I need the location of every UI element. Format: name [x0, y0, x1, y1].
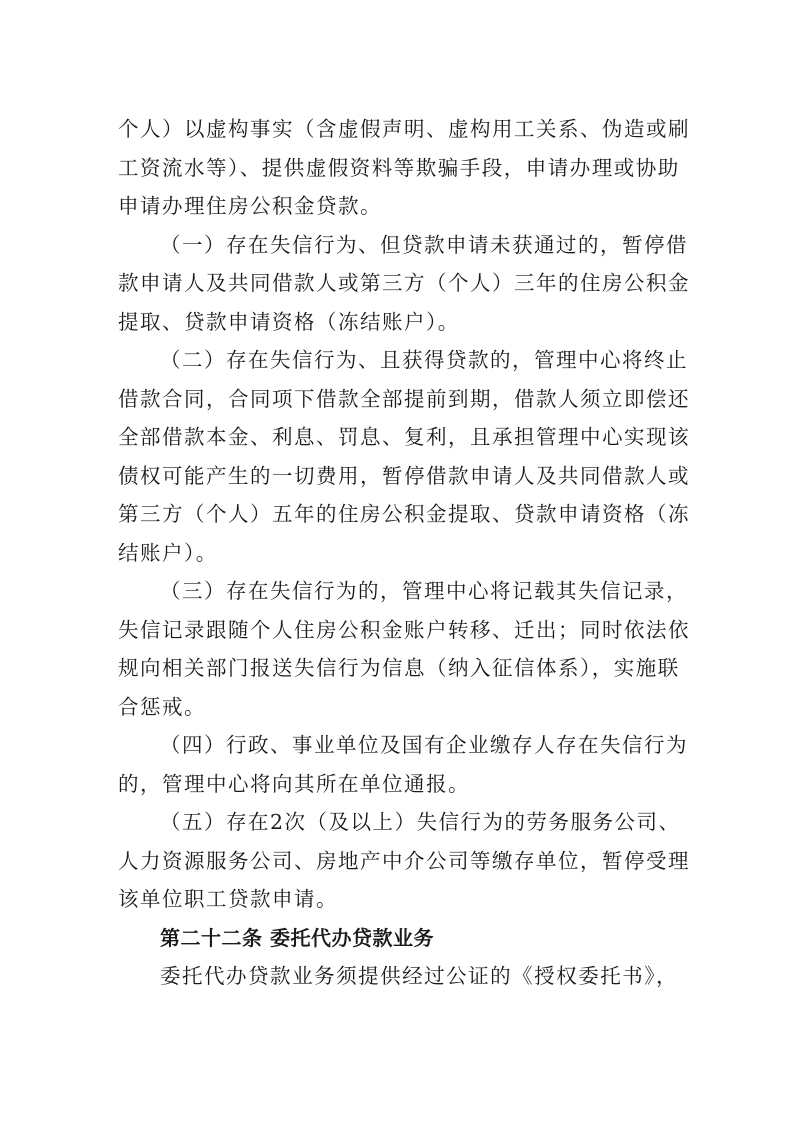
article-body-line: 委托代办贷款业务须提供经过公证的《授权委托书》， [118, 957, 678, 996]
clause-2-line: 第三方（个人）五年的住房公积金提取、贷款申请资格（冻 [118, 495, 678, 534]
clause-5-line: （五）存在2次（及以上）失信行为的劳务服务公司、 [118, 803, 678, 842]
document-page: 个人）以虚构事实（含虚假声明、虚构用工关系、伪造或刷 工资流水等）、提供虚假资料… [118, 110, 678, 996]
clause-1-line: 款申请人及共同借款人或第三方（个人）三年的住房公积金 [118, 264, 678, 303]
clause-5-line: 该单位职工贷款申请。 [118, 880, 678, 919]
clause-4-line: （四）行政、事业单位及国有企业缴存人存在失信行为 [118, 726, 678, 765]
paragraph-line: 工资流水等）、提供虚假资料等欺骗手段，申请办理或协助 [118, 149, 678, 188]
clause-2-line: 借款合同，合同项下借款全部提前到期，借款人须立即偿还 [118, 380, 678, 419]
clause-3-line: 规向相关部门报送失信行为信息（纳入征信体系），实施联 [118, 649, 678, 688]
clause-4-line: 的，管理中心将向其所在单位通报。 [118, 765, 678, 804]
clause-2-line: 债权可能产生的一切费用，暂停借款申请人及共同借款人或 [118, 457, 678, 496]
article-heading: 第二十二条 委托代办贷款业务 [118, 919, 678, 958]
clause-1-line: 提取、贷款申请资格（冻结账户）。 [118, 303, 678, 342]
clause-3-line: 失信记录跟随个人住房公积金账户转移、迁出；同时依法依 [118, 611, 678, 650]
clause-3-line: （三）存在失信行为的，管理中心将记载其失信记录， [118, 572, 678, 611]
clause-2-line: （二）存在失信行为、且获得贷款的，管理中心将终止 [118, 341, 678, 380]
clause-2-line: 全部借款本金、利息、罚息、复利，且承担管理中心实现该 [118, 418, 678, 457]
clause-2-line: 结账户）。 [118, 534, 678, 573]
clause-1-line: （一）存在失信行为、但贷款申请未获通过的，暂停借 [118, 226, 678, 265]
clause-5-line: 人力资源服务公司、房地产中介公司等缴存单位，暂停受理 [118, 842, 678, 881]
clause-3-line: 合惩戒。 [118, 688, 678, 727]
paragraph-line: 申请办理住房公积金贷款。 [118, 187, 678, 226]
paragraph-line: 个人）以虚构事实（含虚假声明、虚构用工关系、伪造或刷 [118, 110, 678, 149]
